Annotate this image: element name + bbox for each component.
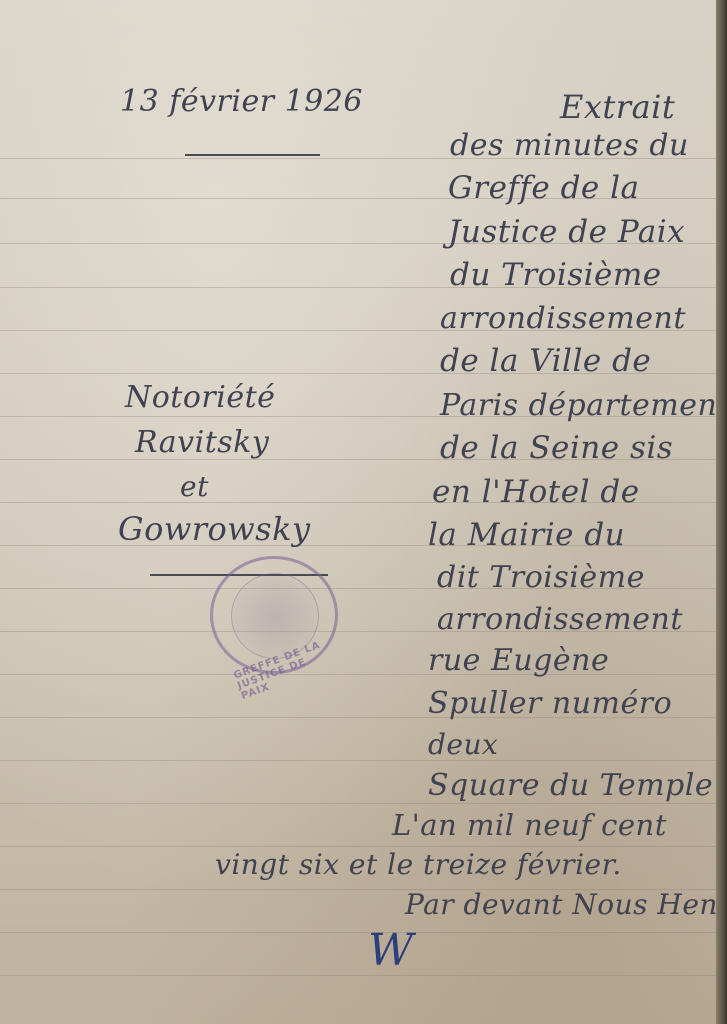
main-line-14: rue Eugène [428,643,609,678]
main-line-9: de la Seine sis [440,430,673,466]
ruled-line [0,975,716,976]
main-line-2: des minutes du [450,128,689,163]
margin-date: 13 février 1926 [120,84,363,119]
page-edge-shadow [716,0,727,1024]
court-registry-stamp: GREFFE DE LA JUSTICE DE PAIX [210,556,338,674]
ruled-line [0,803,716,804]
margin-subject-title: Notoriété [125,380,275,415]
main-line-6: arrondissement [440,301,686,336]
margin-party-1: Ravitsky [135,425,269,460]
ruled-line [0,932,716,933]
ruled-line [0,760,716,761]
main-line-12: dit Troisième [437,560,645,595]
margin-party-2: Gowrowsky [118,510,311,548]
main-line-10: en l'Hotel de [432,474,640,510]
main-line-3: Greffe de la [448,170,640,206]
notary-initials: W [368,925,414,976]
main-line-5: du Troisième [450,257,662,293]
document-page: 13 février 1926 Notoriété Ravitsky et Go… [0,0,716,1024]
main-line-18: L'an mil neuf cent [392,808,667,842]
main-line-19: vingt six et le treize février. [215,848,622,881]
main-line-8: Paris département [440,388,727,423]
main-line-16: deux [428,728,498,761]
main-line-13: arrondissement [437,602,683,637]
date-underline [185,154,320,156]
main-line-4: Justice de Paix [448,214,685,250]
main-line-7: de la Ville de [440,343,651,379]
ruled-line [0,846,716,847]
main-line-1: Extrait [560,88,675,126]
main-line-15: Spuller numéro [428,686,672,721]
main-line-20: Par devant Nous Henri [405,888,727,921]
main-line-17: Square du Temple [428,768,713,803]
main-line-11: la Mairie du [428,517,625,553]
margin-conjunction: et [180,470,209,503]
